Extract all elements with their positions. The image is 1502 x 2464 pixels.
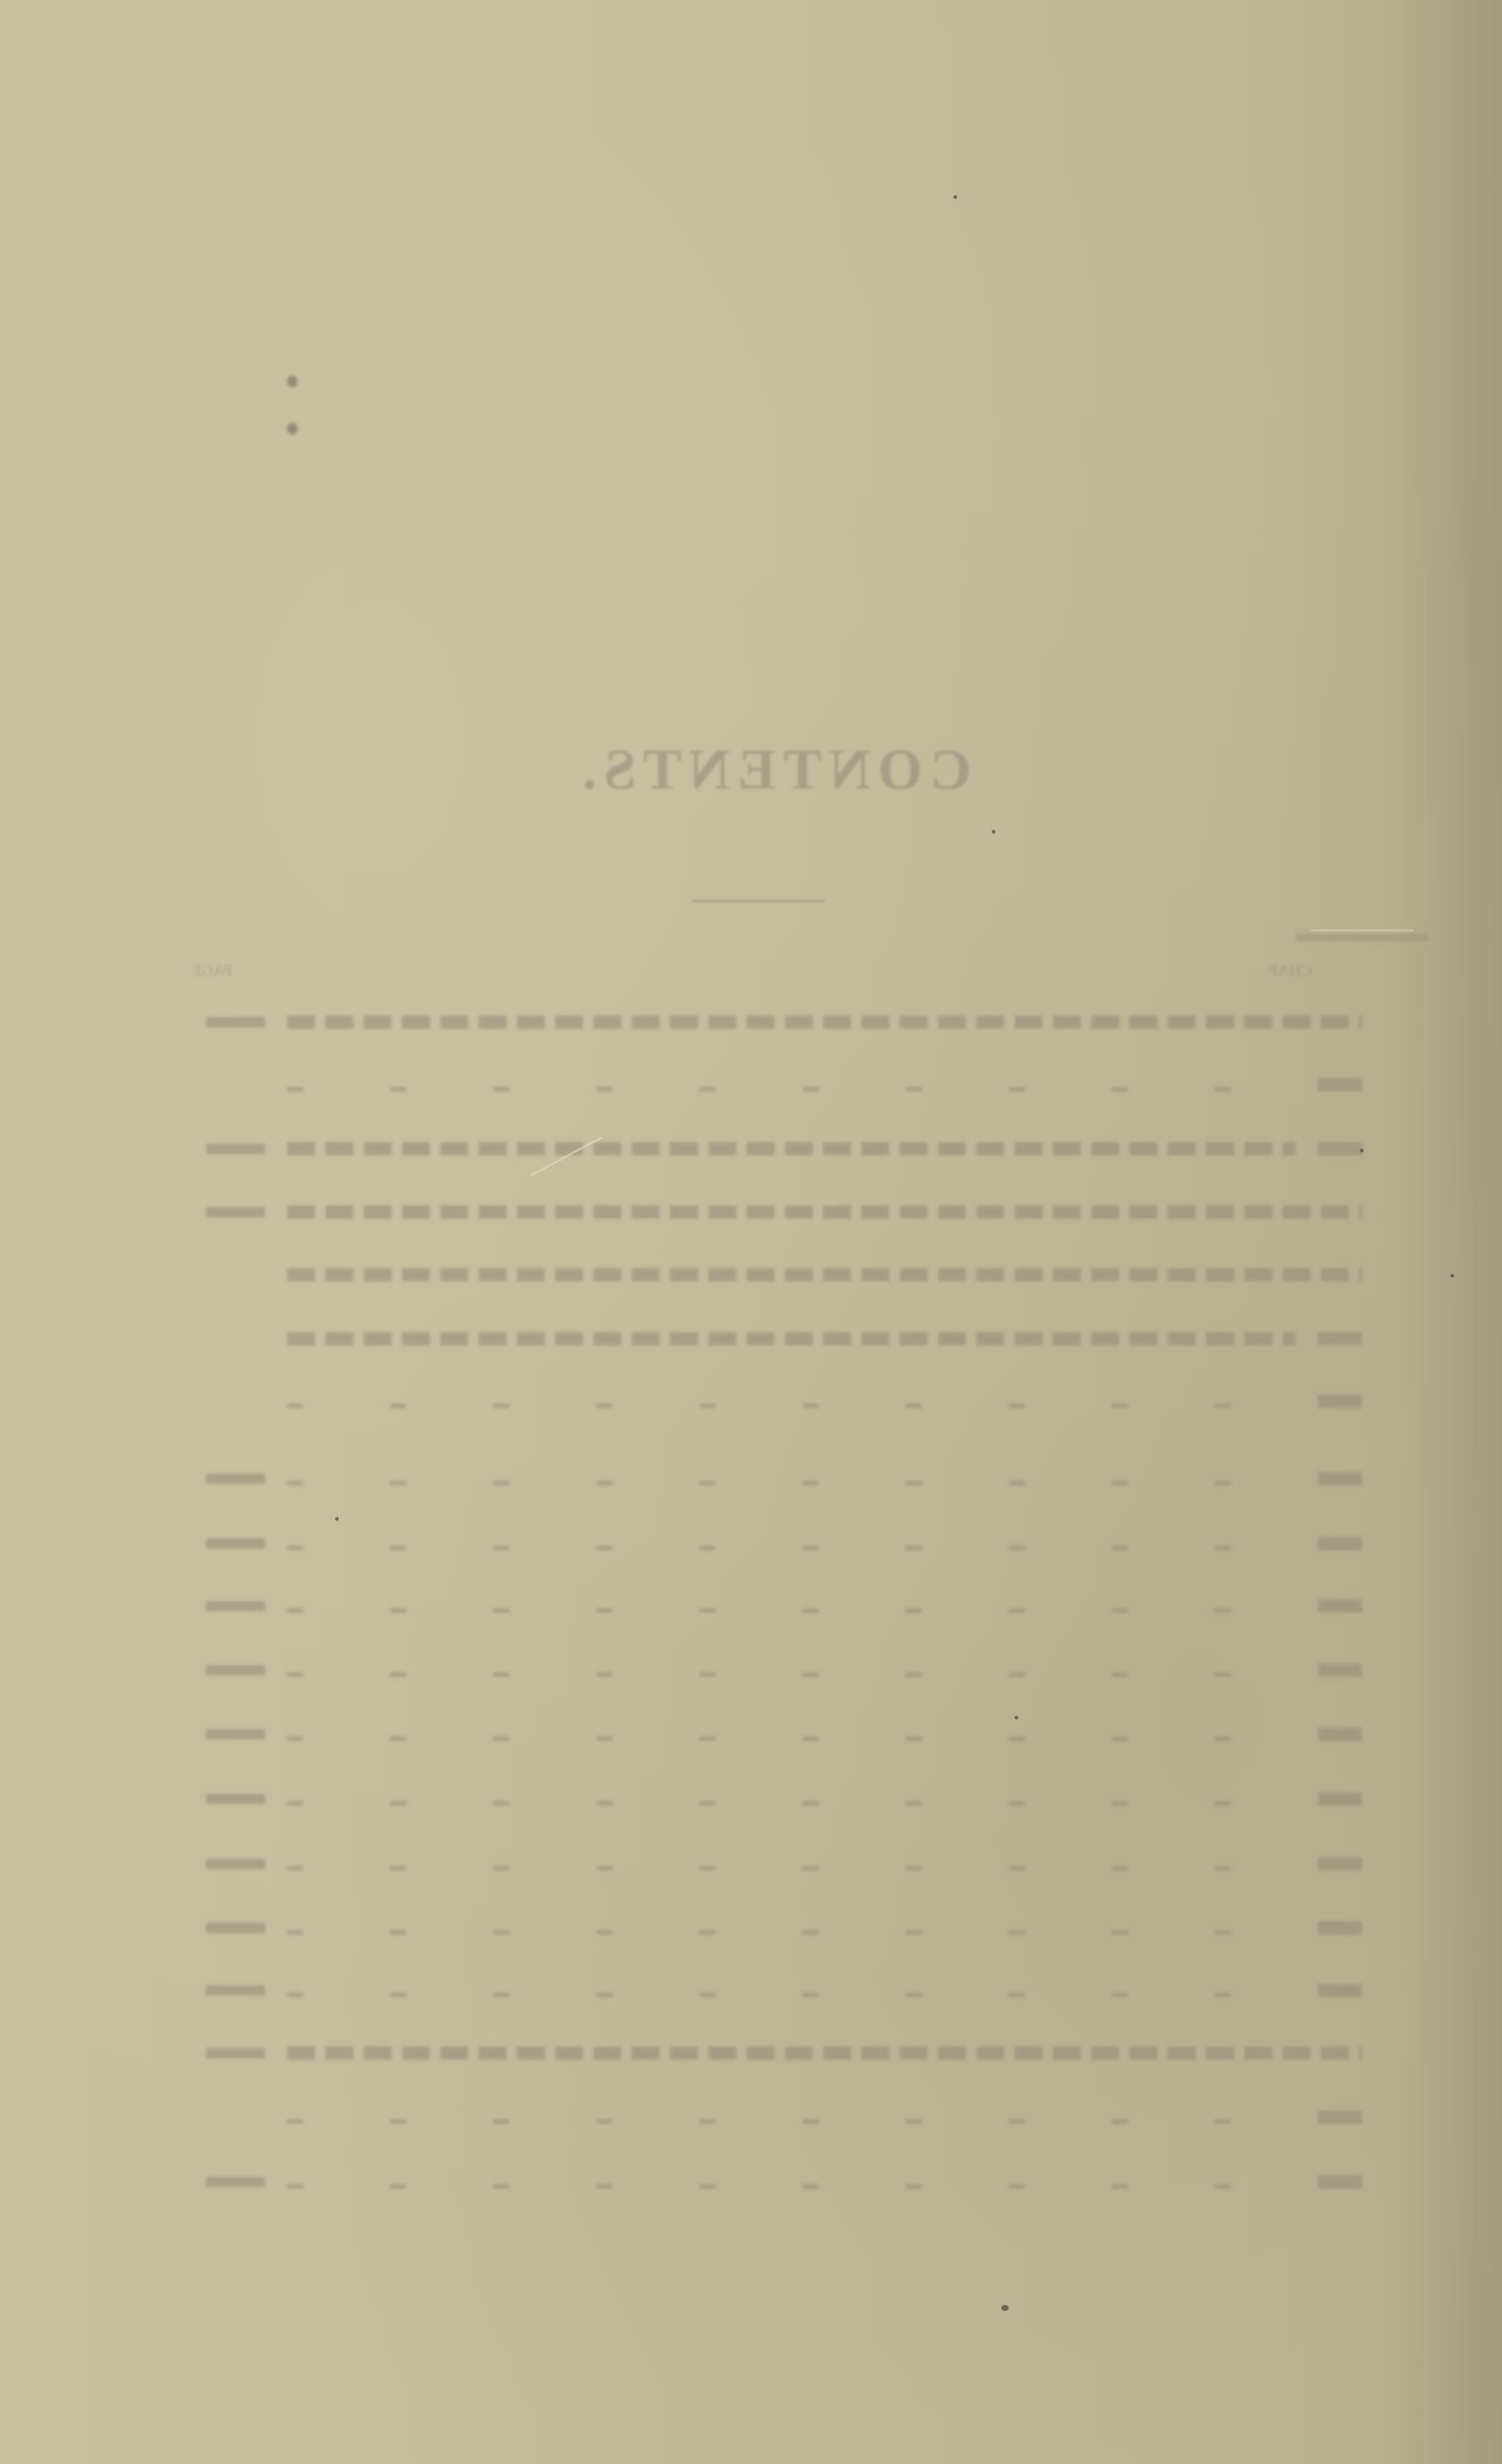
paper-speck <box>953 195 957 199</box>
paper-scratch <box>1311 929 1414 932</box>
folio-rule <box>1296 934 1428 941</box>
title-rule <box>692 900 825 902</box>
toc-entry <box>206 1847 1362 1881</box>
toc-entry <box>206 1005 1362 1039</box>
toc-entry <box>206 1132 1362 1166</box>
toc-entry <box>206 2165 1362 2199</box>
column-header-left: CHAP. <box>1266 961 1312 980</box>
toc-entry <box>206 1322 1362 1356</box>
toc-entry <box>206 1384 1362 1418</box>
toc-entry <box>206 1258 1362 1292</box>
toc-entry <box>206 1911 1362 1945</box>
column-header-right: PAGE <box>191 961 232 980</box>
paper-speck <box>992 830 995 834</box>
paper-speck <box>1015 1716 1018 1719</box>
toc-entry <box>206 1717 1362 1751</box>
toc-entry <box>206 1195 1362 1229</box>
toc-entry <box>206 2100 1362 2134</box>
paper-speck <box>335 1517 339 1521</box>
toc-entry <box>206 2036 1362 2070</box>
toc-entry <box>206 1068 1362 1102</box>
toc-entry <box>206 1589 1362 1623</box>
paper-speck <box>1450 1274 1454 1278</box>
toc-entry <box>206 1527 1362 1560</box>
page-title: CONTENTS. <box>567 736 979 803</box>
toc-entry <box>206 1782 1362 1816</box>
paper-speck <box>1001 2305 1009 2311</box>
paper-speck <box>1360 1149 1364 1152</box>
toc-entry <box>206 1653 1362 1687</box>
gutter-shadow <box>1399 0 1502 2464</box>
toc-entry <box>206 1974 1362 2007</box>
toc-entry <box>206 1462 1362 1496</box>
page: CONTENTS. CHAP. PAGE <box>0 0 1502 2464</box>
decorative-marks <box>287 376 303 434</box>
